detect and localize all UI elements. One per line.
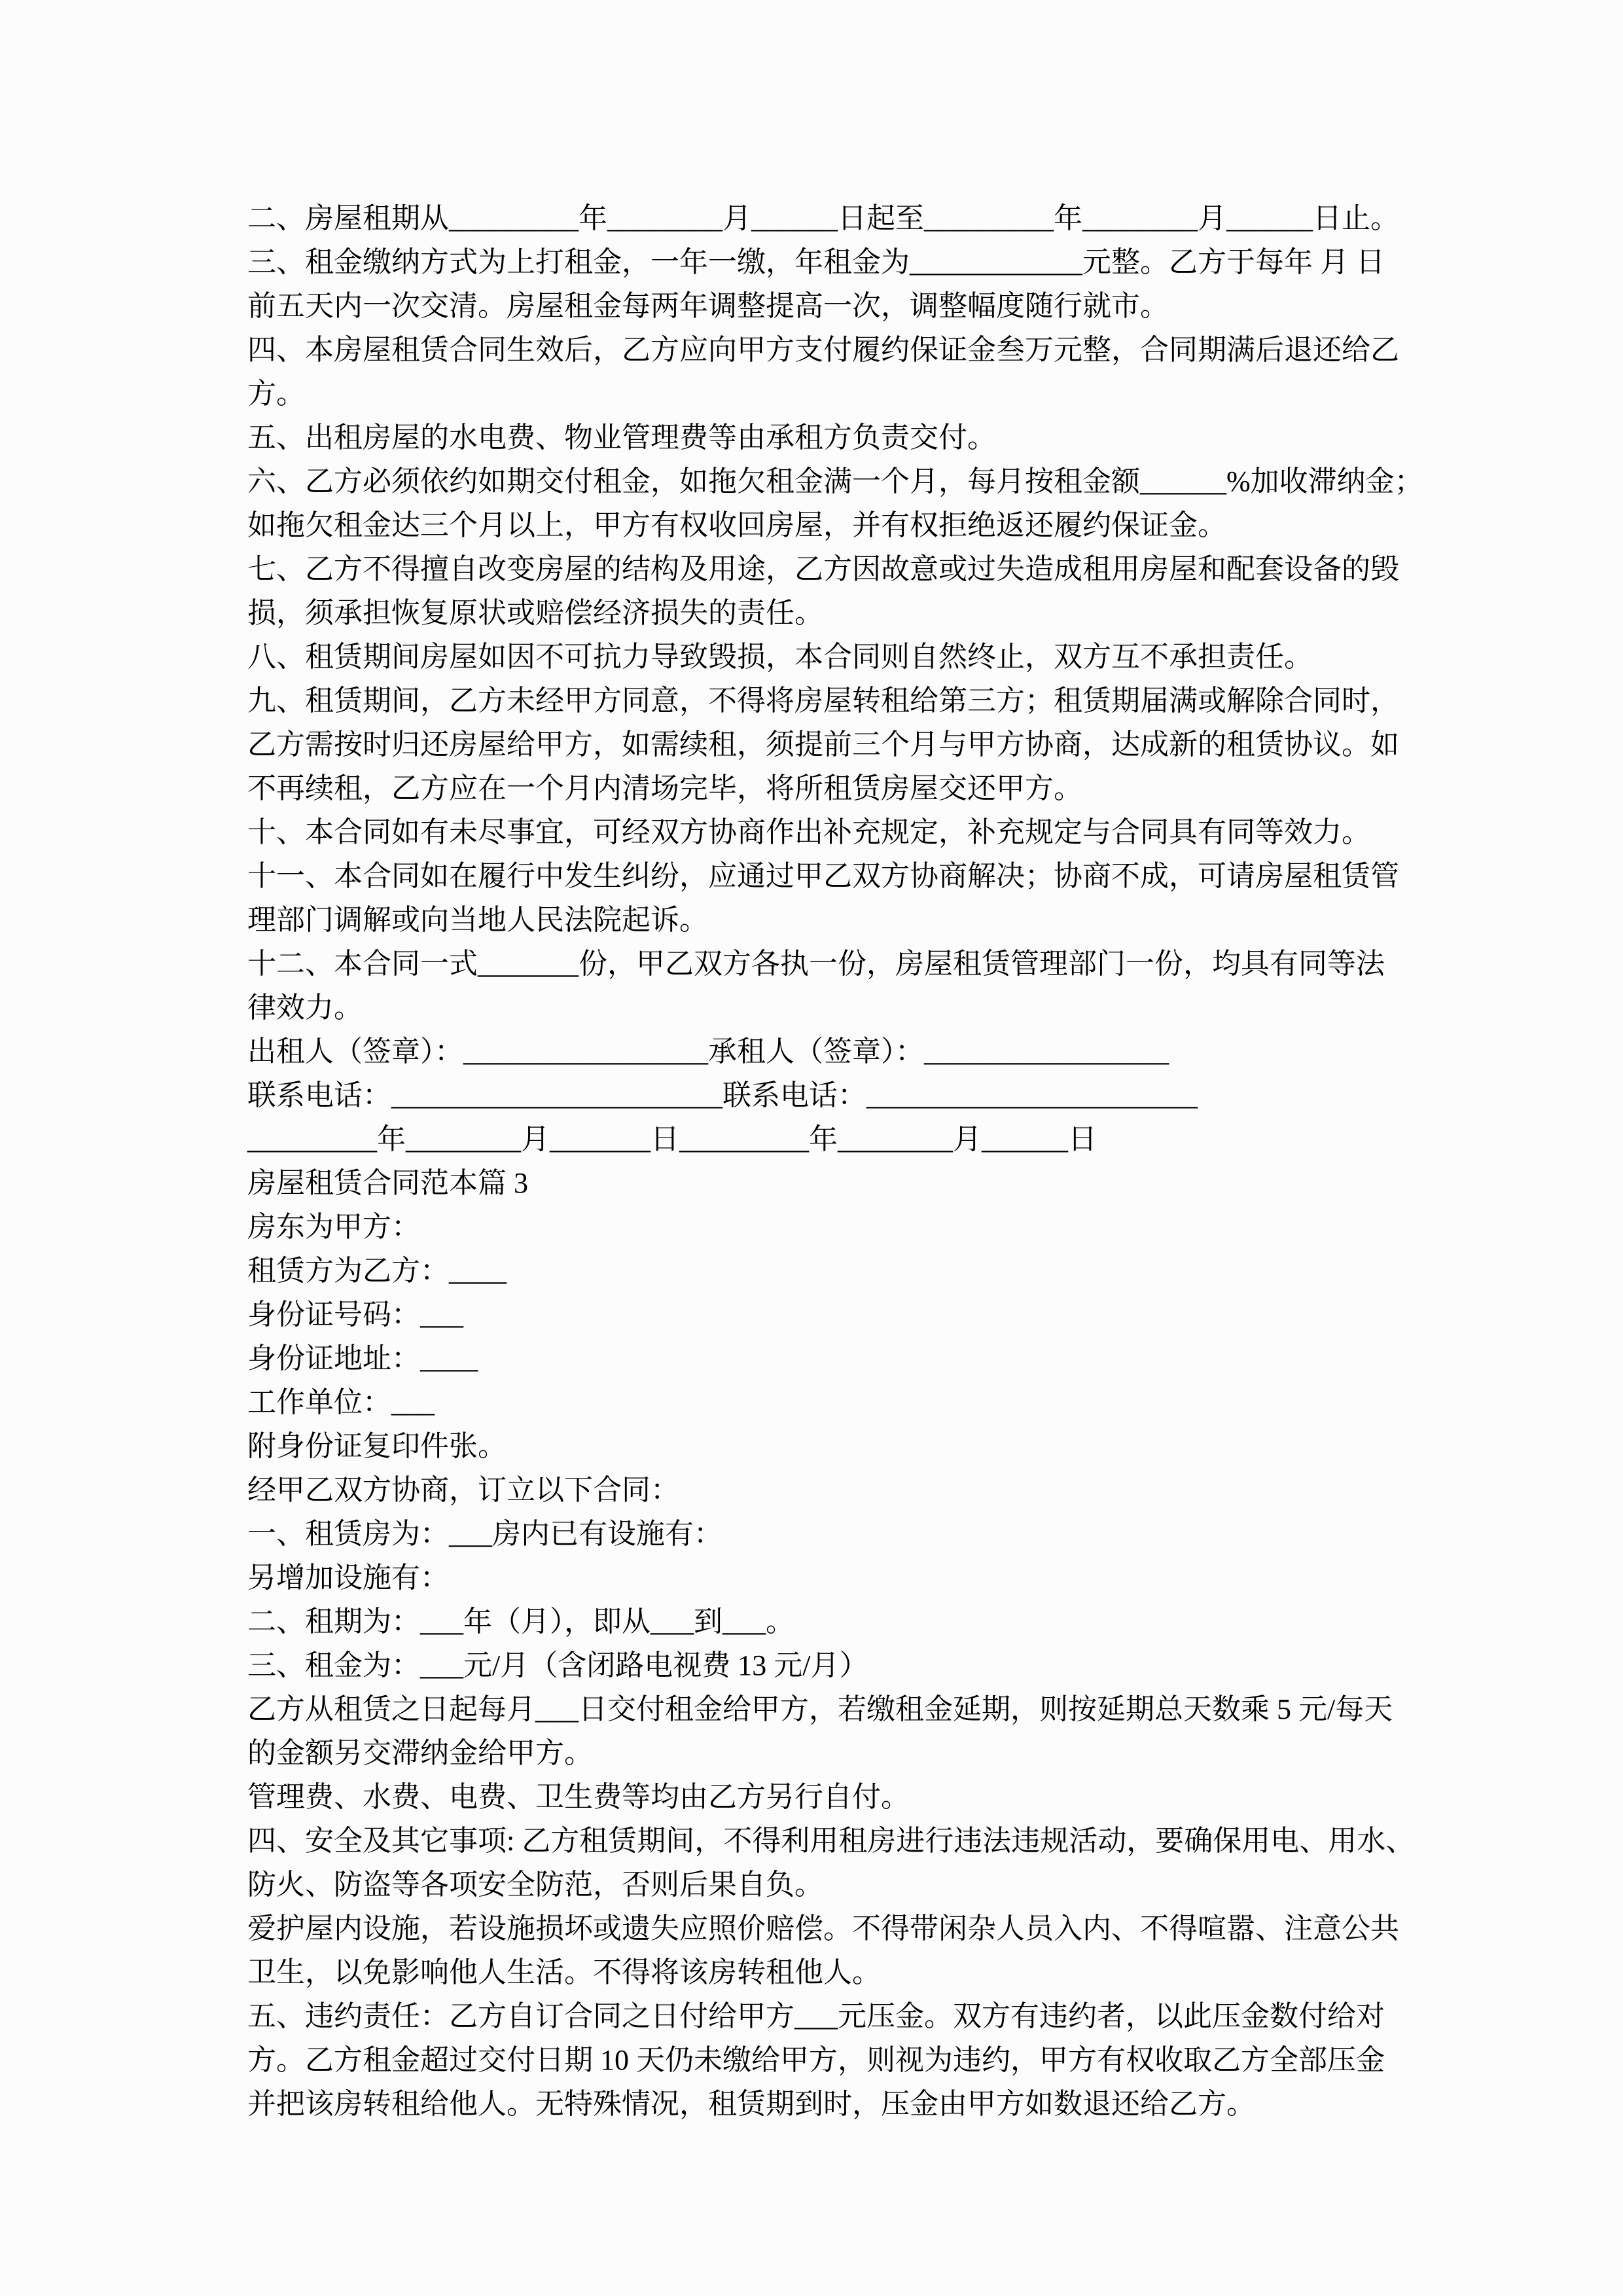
signature-line: 出租人（签章）：_________________承租人（签章）：_______… bbox=[247, 1030, 1414, 1073]
clause-safety-line: 防火、防盗等各项安全防范，否则后果自负。 bbox=[247, 1863, 1414, 1907]
clause-breach-line: 五、违约责任：乙方自订合同之日付给甲方___元压金。双方有违约者，以此压金数付给… bbox=[247, 1994, 1414, 2038]
clause-premises-line: 一、租赁房为：___房内已有设施有： bbox=[247, 1512, 1414, 1556]
clause-rent-payment-line: 前五天内一次交清。房屋租金每两年调整提高一次，调整幅度随行就市。 bbox=[247, 284, 1414, 328]
clause-copies-line: 十二、本合同一式_______份，甲乙双方各执一份，房屋租赁管理部门一份，均具有… bbox=[247, 942, 1414, 986]
clause-sublease-line: 乙方需按时归还房屋给甲方，如需续租，须提前三个月与甲方协商，达成新的租赁协议。如 bbox=[247, 723, 1414, 766]
date-line: _________年________月_______日_________年___… bbox=[247, 1117, 1414, 1161]
clause-structure-line: 七、乙方不得擅自改变房屋的结构及用途，乙方因故意或过失造成租用房屋和配套设备的毁 bbox=[247, 547, 1414, 591]
id-number-line: 身份证号码：___ bbox=[247, 1293, 1414, 1336]
clause-rent-line: 的金额另交滞纳金给甲方。 bbox=[247, 1731, 1414, 1775]
clause-fees-line: 管理费、水费、电费、卫生费等均由乙方另行自付。 bbox=[247, 1775, 1414, 1819]
clause-premises-line: 另增加设施有： bbox=[247, 1556, 1414, 1600]
contract-document: 二、房屋租期从_________年________月______日起至_____… bbox=[0, 0, 1623, 2126]
agreement-intro-line: 经甲乙双方协商，订立以下合同： bbox=[247, 1468, 1414, 1512]
phone-line: 联系电话：_______________________联系电话：_______… bbox=[247, 1073, 1414, 1117]
clause-utilities-line: 五、出租房屋的水电费、物业管理费等由承租方负责交付。 bbox=[247, 416, 1414, 459]
party-a-line: 房东为甲方： bbox=[247, 1205, 1414, 1249]
clause-sublease-line: 不再续租，乙方应在一个月内清场完毕，将所租赁房屋交还甲方。 bbox=[247, 766, 1414, 810]
clause-dispute-line: 理部门调解或向当地人民法院起诉。 bbox=[247, 898, 1414, 942]
id-copy-line: 附身份证复印件张。 bbox=[247, 1424, 1414, 1468]
clause-sublease-line: 九、租赁期间，乙方未经甲方同意，不得将房屋转租给第三方；租赁期届满或解除合同时， bbox=[247, 679, 1414, 723]
clause-late-fee-line: 如拖欠租金达三个月以上，甲方有权收回房屋，并有权拒绝返还履约保证金。 bbox=[247, 503, 1414, 547]
clause-force-majeure-line: 八、租赁期间房屋如因不可抗力导致毁损，本合同则自然终止，双方互不承担责任。 bbox=[247, 635, 1414, 679]
clause-term-line: 二、租期为：___年（月），即从___到___。 bbox=[247, 1600, 1414, 1643]
clause-supplement-line: 十、本合同如有未尽事宜，可经双方协商作出补充规定，补充规定与合同具有同等效力。 bbox=[247, 810, 1414, 854]
clause-rent-line: 三、租金为：___元/月（含闭路电视费 13 元/月） bbox=[247, 1643, 1414, 1687]
clause-deposit-line: 方。 bbox=[247, 372, 1414, 416]
party-b-line: 租赁方为乙方：____ bbox=[247, 1249, 1414, 1293]
clause-deposit-line: 四、本房屋租赁合同生效后，乙方应向甲方支付履约保证金叁万元整，合同期满后退还给乙 bbox=[247, 328, 1414, 372]
contract-page: 二、房屋租期从_________年________月______日起至_____… bbox=[0, 0, 1623, 2296]
clause-breach-line: 并把该房转租给他人。无特殊情况，租赁期到时，压金由甲方如数退还给乙方。 bbox=[247, 2082, 1414, 2126]
clause-late-fee-line: 六、乙方必须依约如期交付租金，如拖欠租金满一个月，每月按租金额______%加收… bbox=[247, 459, 1414, 503]
clause-breach-line: 方。乙方租金超过交付日期 10 天仍未缴给甲方，则视为违约，甲方有权收取乙方全部… bbox=[247, 2038, 1414, 2082]
clause-care-line: 爱护屋内设施，若设施损坏或遗失应照价赔偿。不得带闲杂人员入内、不得喧嚣、注意公共 bbox=[247, 1907, 1414, 1950]
clause-safety-line: 四、安全及其它事项: 乙方租赁期间，不得利用租房进行违法违规活动，要确保用电、用… bbox=[247, 1819, 1414, 1863]
clause-dispute-line: 十一、本合同如在履行中发生纠纷，应通过甲乙双方协商解决；协商不成，可请房屋租赁管 bbox=[247, 854, 1414, 898]
employer-line: 工作单位：___ bbox=[247, 1380, 1414, 1424]
clause-structure-line: 损，须承担恢复原状或赔偿经济损失的责任。 bbox=[247, 591, 1414, 635]
section-title: 房屋租赁合同范本篇 3 bbox=[247, 1161, 1414, 1205]
clause-care-line: 卫生，以免影响他人生活。不得将该房转租他人。 bbox=[247, 1950, 1414, 1994]
clause-lease-term-line: 二、房屋租期从_________年________月______日起至_____… bbox=[247, 196, 1414, 240]
id-address-line: 身份证地址：____ bbox=[247, 1336, 1414, 1380]
document-page: { "colors": { "page_background": "#fcfcf… bbox=[0, 0, 1623, 2296]
clause-copies-line: 律效力。 bbox=[247, 986, 1414, 1030]
clause-rent-line: 乙方从租赁之日起每月___日交付租金给甲方，若缴租金延期，则按延期总天数乘 5 … bbox=[247, 1687, 1414, 1731]
clause-rent-payment-line: 三、租金缴纳方式为上打租金，一年一缴，年租金为____________元整。乙方… bbox=[247, 240, 1414, 284]
